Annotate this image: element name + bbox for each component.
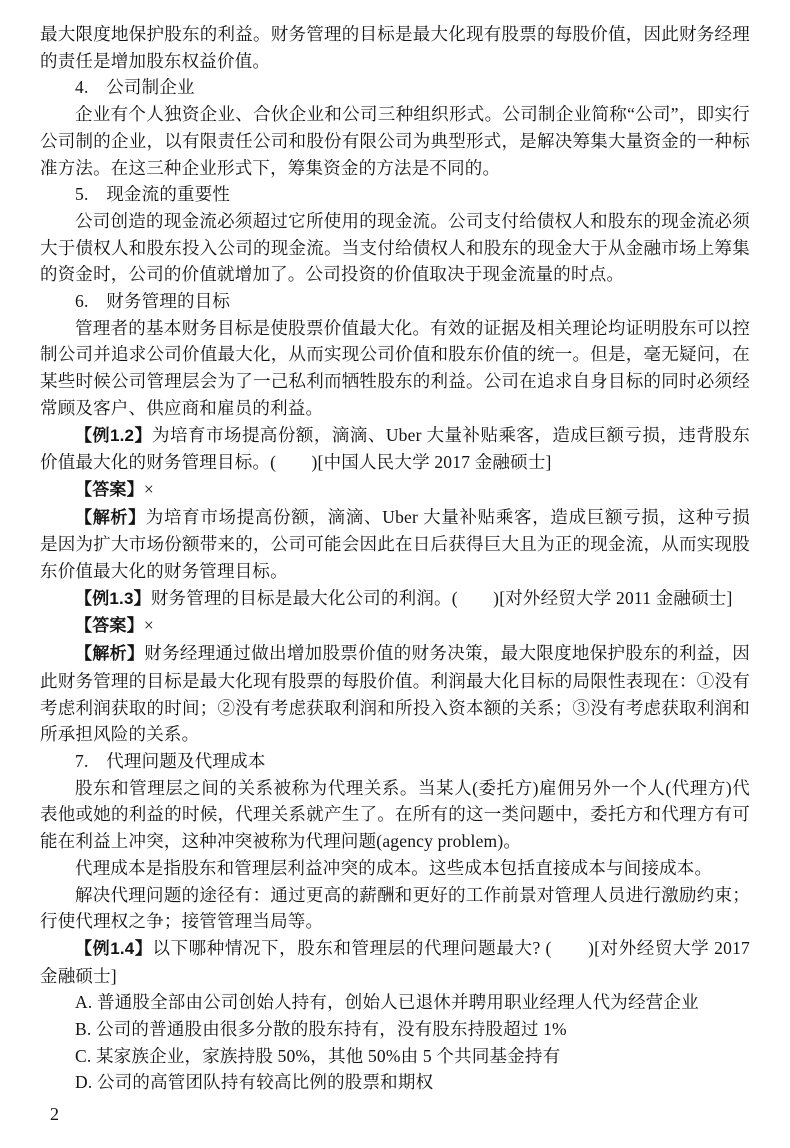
paragraph-continuation: 最大限度地保护股东的利益。财务管理的目标是最大化现有股票的每股价值，因此财务经理…	[40, 21, 750, 74]
paragraph-corporate-form: 企业有个人独资企业、合伙企业和公司三种组织形式。公司制企业简称“公司”，即实行公…	[40, 101, 750, 181]
example-1-3-text: 财务管理的目标是最大化公司的利润。( )[对外经贸大学 2011 金融硕士]	[151, 588, 733, 608]
answer-1-2-label: 【答案】	[75, 480, 144, 499]
example-1-3: 【例1.3】财务管理的目标是最大化公司的利润。( )[对外经贸大学 2011 金…	[40, 585, 750, 613]
section-heading-4: 4. 公司制企业	[40, 74, 750, 101]
paragraph-agency-cost: 代理成本是指股东和管理层利益冲突的成本。这些成本包括直接成本与间接成本。	[40, 855, 750, 882]
option-a: A. 普通股全部由公司创始人持有，创始人已退休并聘用职业经理人代为经营企业	[40, 989, 750, 1016]
paragraph-agency-relation: 股东和管理层之间的关系被称为代理关系。当某人(委托方)雇佣另外一个人(代理方)代…	[40, 775, 750, 855]
answer-1-3-value: ×	[144, 615, 154, 635]
example-1-4-label: 【例1.4】	[75, 939, 152, 958]
analysis-1-3-text: 财务经理通过做出增加股票价值的财务决策，最大限度地保护股东的利益，因此财务管理的…	[40, 643, 750, 744]
answer-1-2: 【答案】×	[40, 476, 750, 504]
answer-1-2-value: ×	[144, 479, 154, 499]
example-1-2-label: 【例1.2】	[75, 426, 152, 445]
paragraph-cash-flow: 公司创造的现金流必须超过它所使用的现金流。公司支付给债权人和股东的现金流必须大于…	[40, 208, 750, 288]
answer-1-3-label: 【答案】	[75, 616, 144, 635]
analysis-1-2-label: 【解析】	[75, 508, 146, 527]
book-page: 最大限度地保护股东的利益。财务管理的目标是最大化现有股票的每股价值，因此财务经理…	[0, 0, 790, 1148]
paragraph-agency-solutions: 解决代理问题的途径有：通过更高的薪酬和更好的工作前景对管理人员进行激励约束；行使…	[40, 882, 750, 935]
section-heading-7: 7. 代理问题及代理成本	[40, 748, 750, 775]
paragraph-management-goal: 管理者的基本财务目标是使股票价值最大化。有效的证据及相关理论均证明股东可以控制公…	[40, 315, 750, 422]
answer-1-3: 【答案】×	[40, 612, 750, 640]
example-1-3-label: 【例1.3】	[75, 589, 151, 608]
analysis-1-2: 【解析】为培育市场提高份额，滴滴、Uber 大量补贴乘客，造成巨额亏损，这种亏损…	[40, 504, 750, 585]
section-heading-5: 5. 现金流的重要性	[40, 181, 750, 208]
section-heading-6: 6. 财务管理的目标	[40, 288, 750, 315]
analysis-1-3-label: 【解析】	[75, 644, 144, 663]
analysis-1-2-text: 为培育市场提高份额，滴滴、Uber 大量补贴乘客，造成巨额亏损，这种亏损是因为扩…	[40, 507, 750, 581]
example-1-2: 【例1.2】为培育市场提高份额，滴滴、Uber 大量补贴乘客，造成巨额亏损，违背…	[40, 422, 750, 476]
example-1-4: 【例1.4】以下哪种情况下，股东和管理层的代理问题最大? ( )[对外经贸大学 …	[40, 935, 750, 989]
option-d: D. 公司的高管团队持有较高比例的股票和期权	[40, 1069, 750, 1096]
analysis-1-3: 【解析】财务经理通过做出增加股票价值的财务决策，最大限度地保护股东的利益，因此财…	[40, 640, 750, 748]
page-number: 2	[40, 1101, 750, 1127]
option-c: C. 某家族企业，家族持股 50%，其他 50%由 5 个共同基金持有	[40, 1043, 750, 1070]
option-b: B. 公司的普通股由很多分散的股东持有，没有股东持股超过 1%	[40, 1016, 750, 1043]
